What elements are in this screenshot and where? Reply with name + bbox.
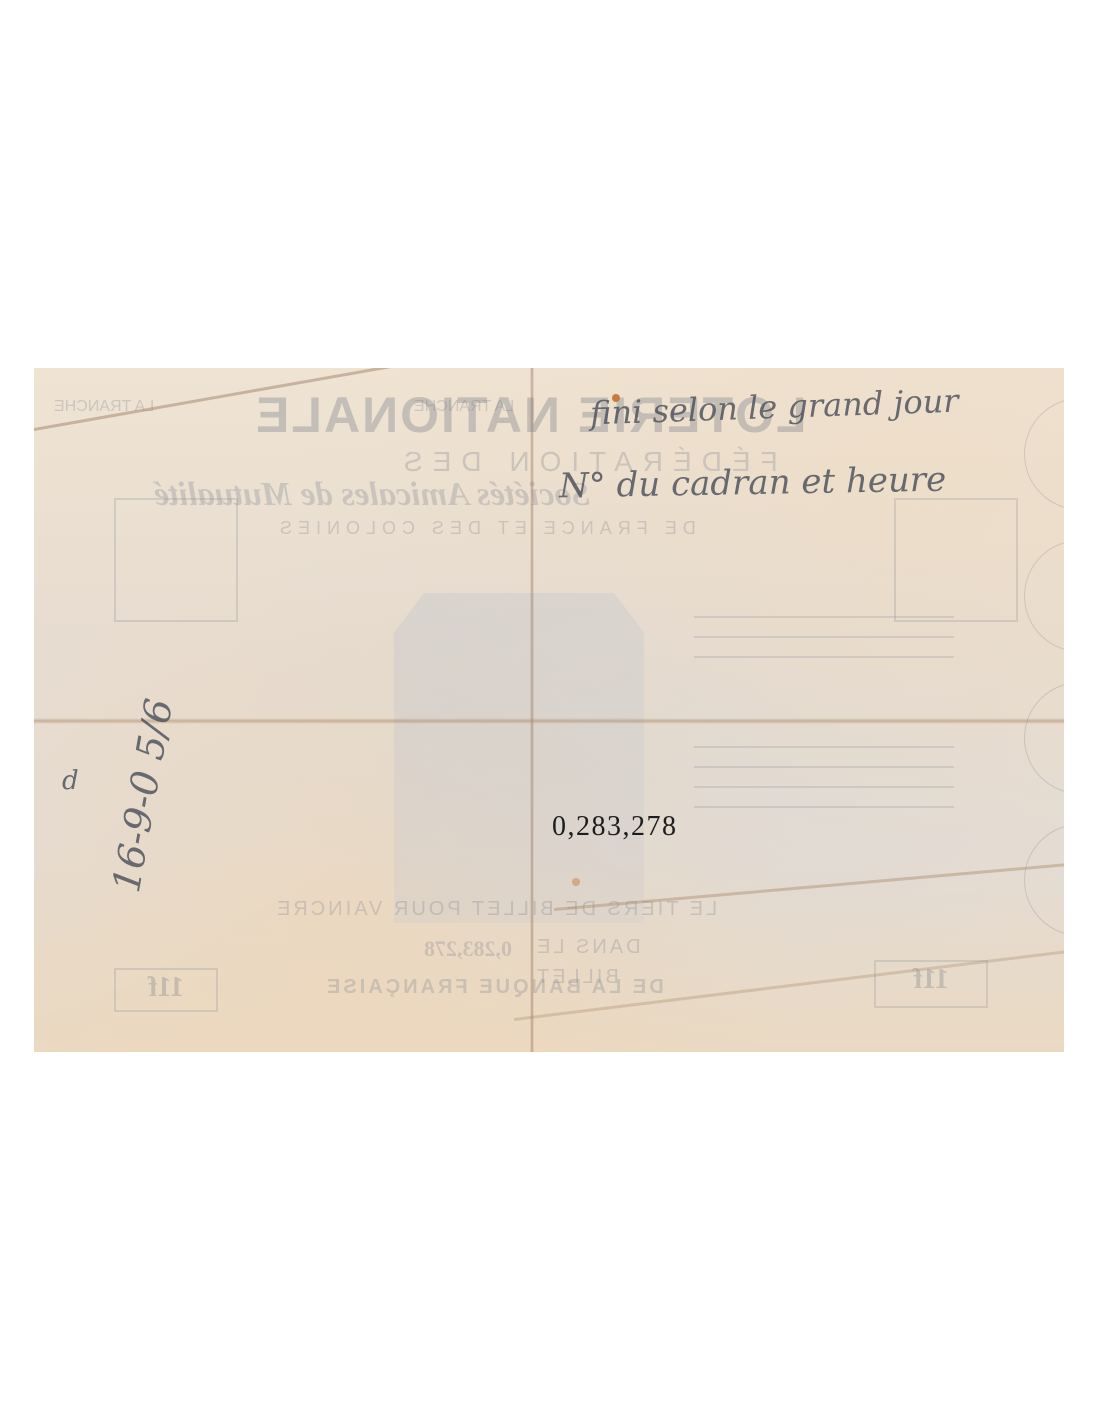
showthrough-line2: Sociétés Amicales de Mutualité [154, 476, 590, 514]
showthrough-number: 0,283,278 [424, 936, 512, 962]
portrait-showthrough [394, 593, 644, 923]
corner-frame-left [114, 498, 238, 622]
showthrough-text-block-lower [694, 728, 954, 826]
handwritten-side-note: 16-9-0 5/6 [104, 695, 181, 895]
showthrough-lower2: DANS LE [534, 936, 641, 959]
lottery-ticket-back: LA TRANCHE LA TRANCHE LOTERIE NATIONALE … [34, 368, 1064, 1052]
fold-crease-vertical [530, 368, 534, 1052]
showthrough-corner-left: LA TRANCHE [54, 398, 154, 416]
price-box-left: 11f [114, 968, 218, 1012]
showthrough-text-block-upper [694, 598, 954, 676]
serial-number: 0,283,278 [552, 811, 678, 843]
fold-crease-horizontal [34, 718, 1064, 724]
showthrough-lower4: DE LA BANQUE FRANÇAISE [324, 976, 664, 999]
handwritten-note-line2: N° du cadran et heure [559, 460, 947, 507]
handwritten-mark: d [62, 766, 79, 796]
stain-spot [572, 878, 580, 886]
edge-circles-showthrough [1004, 388, 1064, 1028]
showthrough-line3: DE FRANCE ET DES COLONIES [274, 518, 696, 539]
